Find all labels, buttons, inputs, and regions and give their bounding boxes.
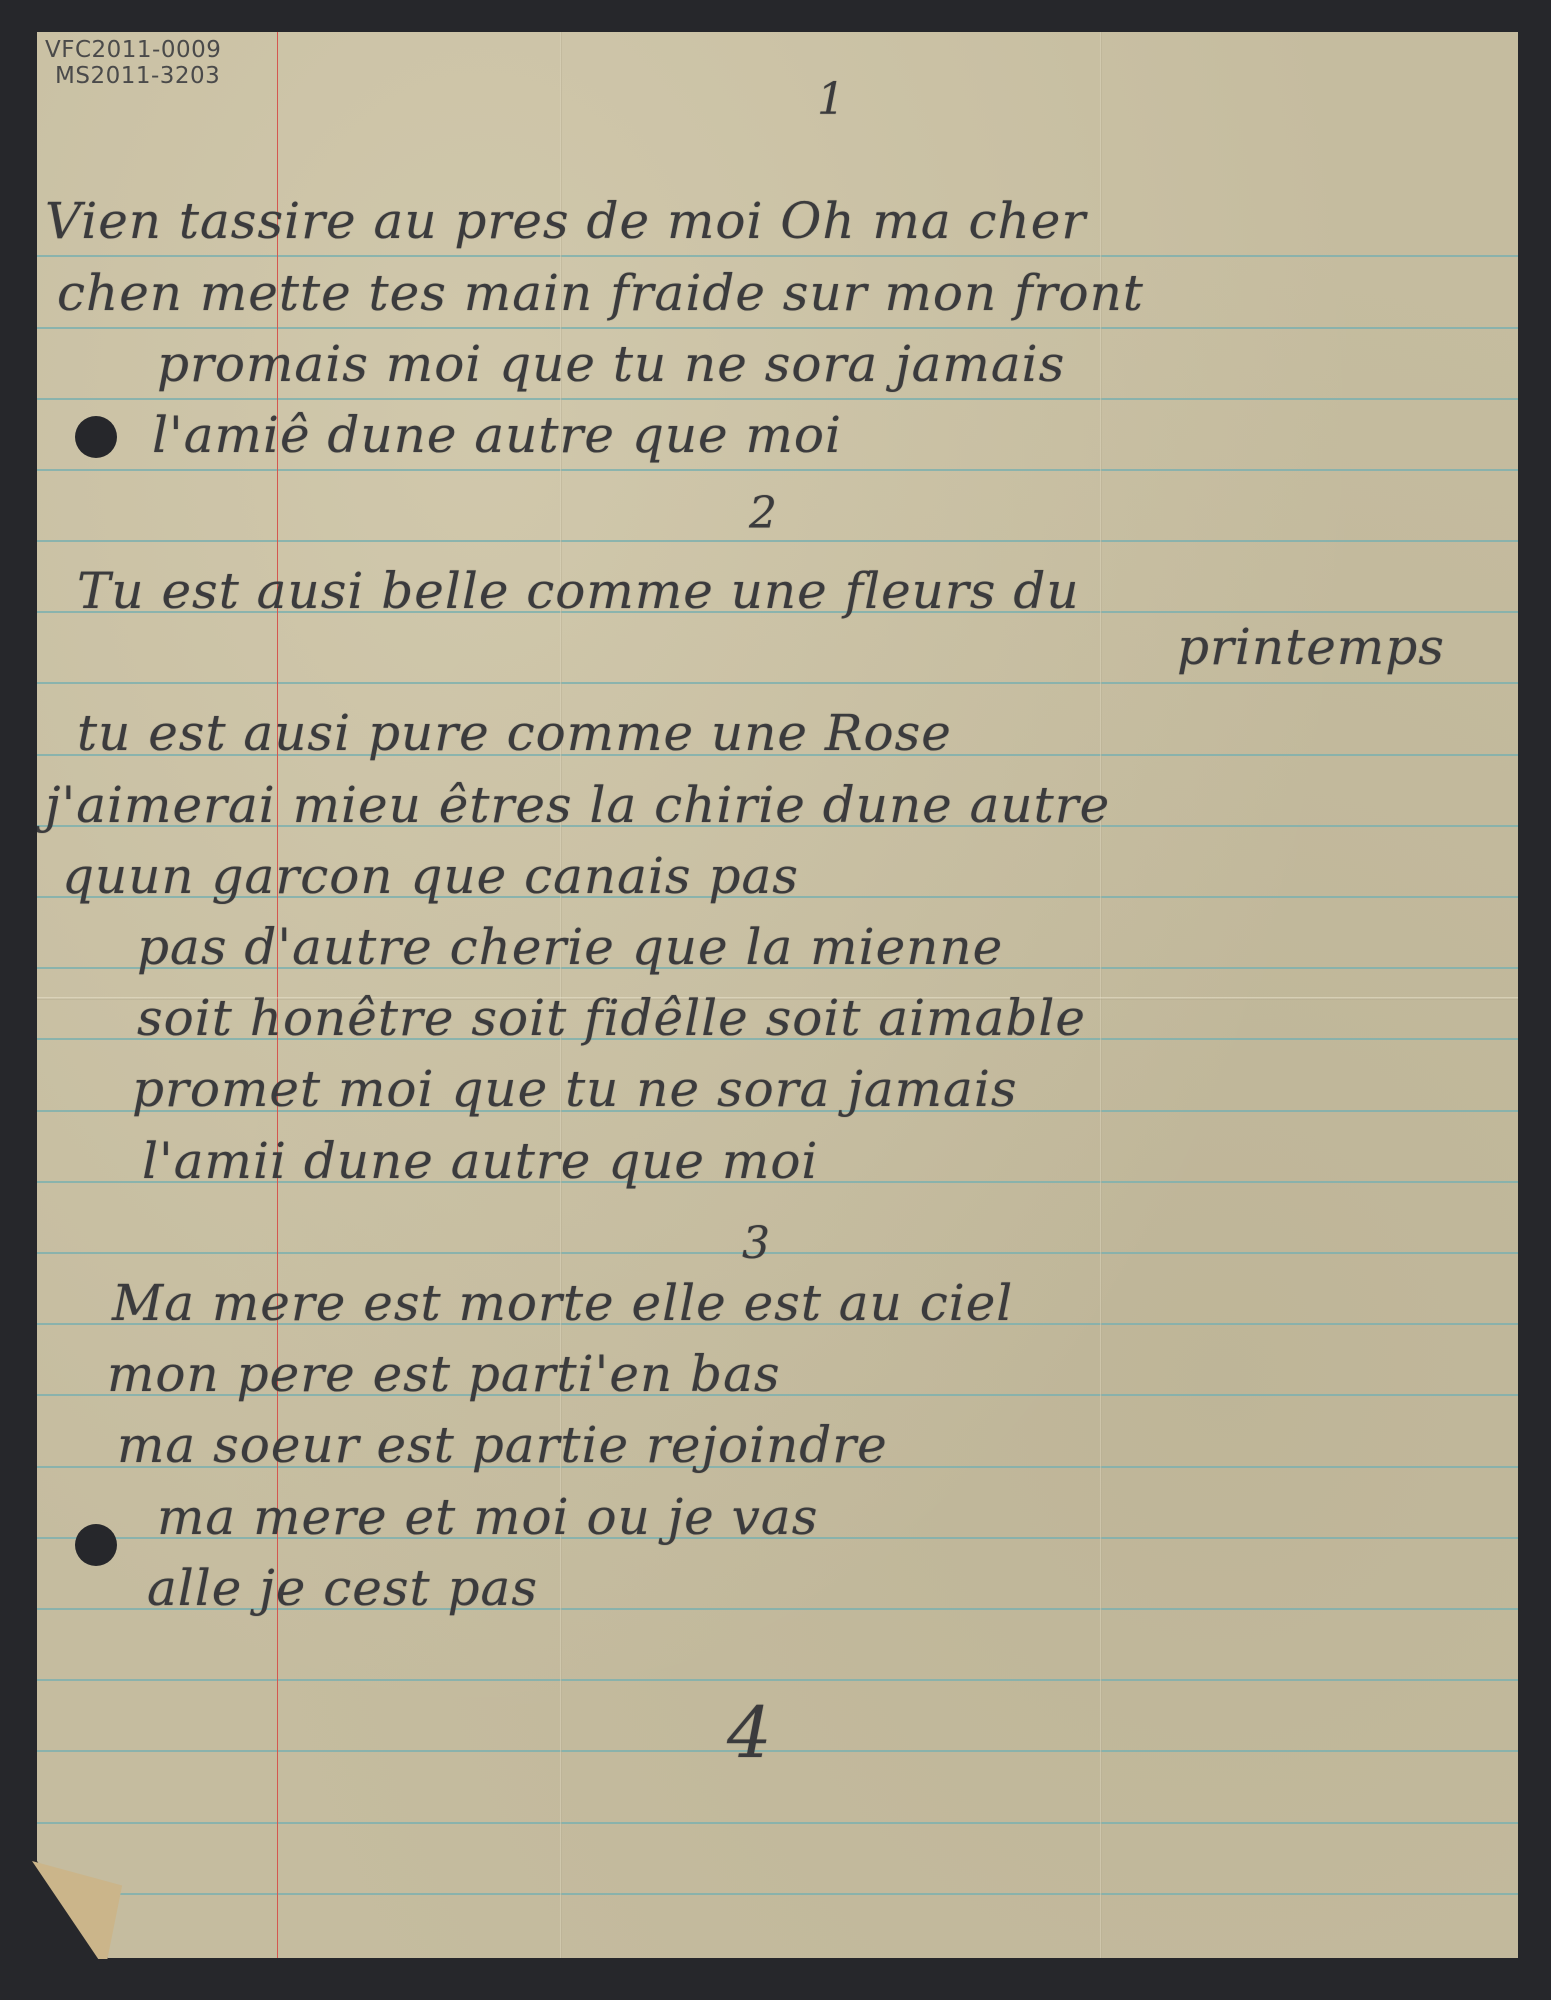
verse-line: tu est ausi pure comme une Rose — [77, 704, 952, 762]
ruled-line — [37, 327, 1518, 329]
verse-line: chen mette tes main fraide sur mon front — [57, 264, 1144, 322]
verse-line: pas d'autre cherie que la mienne — [137, 918, 1003, 976]
ruled-line — [37, 255, 1518, 257]
ruled-line — [37, 1822, 1518, 1824]
verse-line: promais moi que tu ne sora jamais — [157, 335, 1065, 393]
ruled-line — [37, 1679, 1518, 1681]
ruled-line — [37, 398, 1518, 400]
verse-line: ma mere et moi ou je vas — [157, 1488, 818, 1546]
punch-hole-top — [75, 416, 117, 458]
verse-line: mon pere est parti'en bas — [107, 1345, 781, 1403]
ruled-line — [37, 1252, 1518, 1254]
verse-line: promet moi que tu ne sora jamais — [132, 1060, 1018, 1118]
stanza-number: 2 — [749, 488, 778, 539]
verse-line: l'amii dune autre que moi — [142, 1132, 818, 1190]
verse-line: alle je cest pas — [147, 1559, 538, 1617]
lined-paper-sheet: VFC2011-0009 MS2011-3203 1 Vien tassire … — [37, 32, 1518, 1958]
ruled-line — [37, 540, 1518, 542]
verse-line: Tu est ausi belle comme une fleurs du — [77, 562, 1080, 620]
stanza-number: 1 — [817, 74, 846, 125]
verse-line: quun garcon que canais pas — [62, 847, 799, 905]
verse-line: printemps — [1177, 618, 1445, 676]
verse-line: Ma mere est morte elle est au ciel — [112, 1274, 1013, 1332]
catalog-number-vfc: VFC2011-0009 — [45, 37, 221, 63]
catalog-number-annotation: VFC2011-0009 MS2011-3203 — [45, 37, 221, 89]
stanza-number: 4 — [727, 1692, 773, 1774]
catalog-number-ms: MS2011-3203 — [45, 63, 221, 89]
verse-line: l'amiê dune autre que moi — [152, 406, 842, 464]
verse-line: j'aimerai mieu êtres la chirie dune autr… — [45, 776, 1110, 834]
verse-line: soit honêtre soit fidêlle soit aimable — [137, 989, 1086, 1047]
verse-line: ma soeur est partie rejoindre — [117, 1416, 888, 1474]
stanza-number: 3 — [742, 1218, 771, 1269]
ruled-line — [37, 1750, 1518, 1752]
punch-hole-bottom — [75, 1524, 117, 1566]
ruled-line — [37, 1893, 1518, 1895]
ruled-line — [37, 469, 1518, 471]
ruled-line — [37, 682, 1518, 684]
verse-line: Vien tassire au pres de moi Oh ma cher — [45, 192, 1086, 250]
